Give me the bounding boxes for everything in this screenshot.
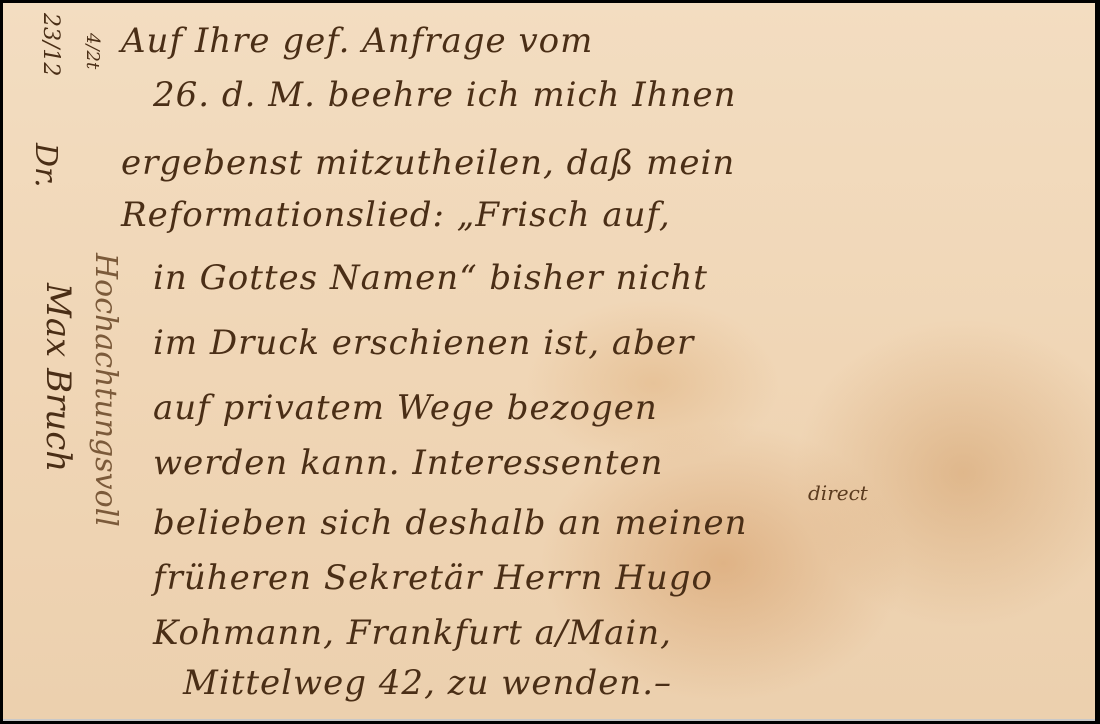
letter-line-2: 26. d. M. beehre ich mich Ihnen bbox=[153, 75, 737, 115]
letter-line-5: in Gottes Namen“ bisher nicht bbox=[153, 258, 708, 298]
letter-line-7: auf privatem Wege bezogen bbox=[153, 388, 658, 428]
letter-line-6: im Druck erschienen ist, aber bbox=[153, 323, 694, 363]
margin-signature: Max Bruch bbox=[38, 283, 78, 472]
paper-sheet: Auf Ihre gef. Anfrage vom 26. d. M. beeh… bbox=[3, 3, 1095, 721]
letter-line-9: belieben sich deshalb an meinen bbox=[153, 503, 748, 543]
margin-salutation: Dr. bbox=[28, 143, 63, 188]
letter-line-3: ergebenst mitzutheilen, daß mein bbox=[121, 143, 735, 183]
letter-line-11: Kohmann, Frankfurt a/Main, bbox=[153, 613, 672, 653]
insert-direct: direct bbox=[808, 481, 868, 505]
letter-line-12: Mittelweg 42, zu wenden.– bbox=[183, 663, 672, 703]
margin-date: 23/12 bbox=[38, 13, 63, 76]
letter-image: Auf Ihre gef. Anfrage vom 26. d. M. beeh… bbox=[0, 0, 1100, 724]
letter-line-8: werden kann. Interessenten bbox=[153, 443, 663, 483]
margin-closing: Hochachtungsvoll bbox=[88, 253, 123, 527]
margin-reference: 4/2t bbox=[82, 33, 103, 69]
letter-line-1: Auf Ihre gef. Anfrage vom bbox=[121, 21, 593, 61]
letter-line-4: Reformationslied: „Frisch auf, bbox=[121, 195, 671, 235]
letter-line-10: früheren Sekretär Herrn Hugo bbox=[153, 558, 713, 598]
